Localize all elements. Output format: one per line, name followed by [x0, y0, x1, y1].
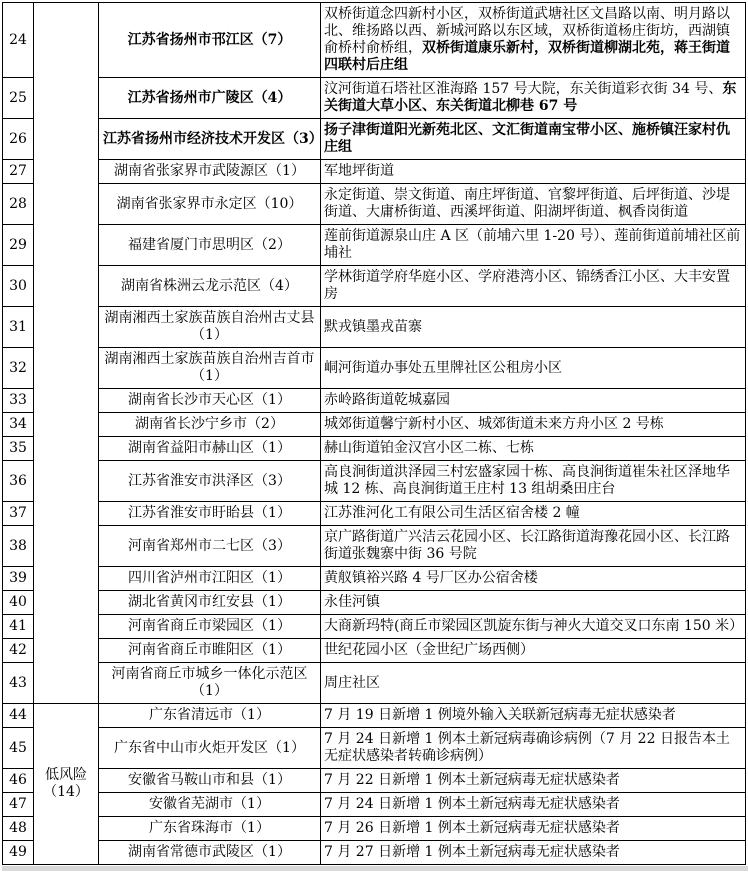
detail-text: 默戎镇墨戎苗寨	[324, 319, 422, 335]
detail-text: 7 月 24 日新增 1 例本土新冠病毒无症状感染者	[324, 796, 620, 812]
area-detail-cell: 7 月 27 日新增 1 例本土新冠病毒无症状感染者	[321, 841, 746, 865]
region-name-cell: 湖南湘西土家族苗族自治州吉首市（1）	[99, 348, 321, 389]
row-number-cell: 49	[3, 841, 34, 865]
row-number-cell: 33	[3, 389, 34, 413]
area-detail-cell: 黄舣镇裕兴路 4 号厂区办公宿舍楼	[321, 567, 746, 591]
region-name-cell: 湖南省长沙市天心区（1）	[99, 389, 321, 413]
area-detail-cell: 莲前街道源泉山庄 A 区（前埔六里 1-20 号）、莲前街道前埔社区前埔社	[321, 225, 746, 266]
row-number-cell: 31	[3, 307, 34, 348]
region-name-cell: 湖南省张家界市永定区（10）	[99, 184, 321, 225]
detail-text: 7 月 27 日新增 1 例本土新冠病毒无症状感染者	[324, 844, 620, 860]
region-name-cell: 福建省厦门市思明区（2）	[99, 225, 321, 266]
table-row: 33湖南省长沙市天心区（1）赤岭路街道乾城嘉园	[3, 389, 746, 413]
area-detail-cell: 城郊街道馨宁新村小区、城郊街道未来方舟小区 2 号栋	[321, 413, 746, 437]
detail-text: 世纪花园小区（金世纪广场西侧）	[324, 642, 534, 658]
detail-text: 高良涧街道洪泽园三村宏盛家园十栋、高良涧街道崔朱社区泽地华城 12 栋、高良涧街…	[324, 464, 730, 497]
row-number-cell: 24	[3, 3, 34, 78]
region-name-cell: 江苏省扬州市邗江区（7）	[99, 3, 321, 78]
table-row: 34湖南省长沙宁乡市（2）城郊街道馨宁新村小区、城郊街道未来方舟小区 2 号栋	[3, 413, 746, 437]
area-detail-cell: 赤岭路街道乾城嘉园	[321, 389, 746, 413]
area-detail-cell: 7 月 19 日新增 1 例境外输入关联新冠病毒无症状感染者	[321, 704, 746, 728]
detail-text: 永佳河镇	[324, 594, 380, 610]
table-row: 44低风险（14）广东省清远市（1）7 月 19 日新增 1 例境外输入关联新冠…	[3, 704, 746, 728]
row-number-cell: 44	[3, 704, 34, 728]
region-name-cell: 四川省泸州市江阳区（1）	[99, 567, 321, 591]
area-detail-cell: 7 月 24 日新增 1 例本土新冠病毒确诊病例（7 月 22 日报告本土无症状…	[321, 728, 746, 769]
row-number-cell: 40	[3, 591, 34, 615]
row-number-cell: 35	[3, 437, 34, 461]
table-row: 38河南省郑州市二七区（3）京广路街道广兴洁云花园小区、长江路街道海豫花园小区、…	[3, 526, 746, 567]
detail-text: 军地坪街道	[324, 163, 394, 179]
region-name-cell: 广东省中山市火炬开发区（1）	[99, 728, 321, 769]
row-number-cell: 36	[3, 461, 34, 502]
region-name-cell: 江苏省淮安市盱眙县（1）	[99, 502, 321, 526]
area-detail-cell: 永佳河镇	[321, 591, 746, 615]
risk-level-cell: 低风险（14）	[34, 704, 99, 865]
table-row: 45广东省中山市火炬开发区（1）7 月 24 日新增 1 例本土新冠病毒确诊病例…	[3, 728, 746, 769]
detail-text: 汶河街道石塔社区淮海路 157 号大院，东关街道彩衣街 34 号、	[324, 81, 722, 97]
table-row: 46安徽省马鞍山市和县（1）7 月 22 日新增 1 例本土新冠病毒无症状感染者	[3, 769, 746, 793]
table-row: 37江苏省淮安市盱眙县（1）江苏淮河化工有限公司生活区宿舍楼 2 幢	[3, 502, 746, 526]
area-detail-cell: 7 月 24 日新增 1 例本土新冠病毒无症状感染者	[321, 793, 746, 817]
document-page: 24江苏省扬州市邗江区（7）双桥街道念四新村小区，双桥街道武塘社区文昌路以南、明…	[0, 0, 748, 881]
region-name-cell: 江苏省淮安市洪泽区（3）	[99, 461, 321, 502]
region-name-cell: 湖北省黄冈市红安县（1）	[99, 591, 321, 615]
region-name-cell: 河南省商丘市梁园区（1）	[99, 615, 321, 639]
row-number-cell: 34	[3, 413, 34, 437]
row-number-cell: 26	[3, 119, 34, 160]
detail-text: 城郊街道馨宁新村小区、城郊街道未来方舟小区 2 号栋	[324, 416, 664, 432]
area-detail-cell: 周庄社区	[321, 663, 746, 704]
row-number-cell: 41	[3, 615, 34, 639]
row-number-cell: 45	[3, 728, 34, 769]
table-row: 29福建省厦门市思明区（2）莲前街道源泉山庄 A 区（前埔六里 1-20 号）、…	[3, 225, 746, 266]
region-name-cell: 湖南省张家界市武陵源区（1）	[99, 160, 321, 184]
table-row: 40湖北省黄冈市红安县（1）永佳河镇	[3, 591, 746, 615]
region-name-cell: 湖南湘西土家族苗族自治州古丈县（1）	[99, 307, 321, 348]
area-detail-cell: 江苏淮河化工有限公司生活区宿舍楼 2 幢	[321, 502, 746, 526]
risk-level-cell	[34, 3, 99, 704]
table-row: 47安徽省芜湖市（1）7 月 24 日新增 1 例本土新冠病毒无症状感染者	[3, 793, 746, 817]
region-name-cell: 广东省珠海市（1）	[99, 817, 321, 841]
detail-text: 赤岭路街道乾城嘉园	[324, 392, 450, 408]
region-name-cell: 湖南省常德市武陵区（1）	[99, 841, 321, 865]
detail-text: 永定街道、崇文街道、南庄坪街道、官黎坪街道、后坪街道、沙堤街道、大庸桥街道、西溪…	[324, 187, 730, 220]
detail-text: 学林街道学府华庭小区、学府港湾小区、锦绣香江小区、大丰安置房	[324, 269, 730, 302]
table-row: 28湖南省张家界市永定区（10）永定街道、崇文街道、南庄坪街道、官黎坪街道、后坪…	[3, 184, 746, 225]
row-number-cell: 43	[3, 663, 34, 704]
detail-text: 黄舣镇裕兴路 4 号厂区办公宿舍楼	[324, 570, 538, 586]
table-row: 36江苏省淮安市洪泽区（3）高良涧街道洪泽园三村宏盛家园十栋、高良涧街道崔朱社区…	[3, 461, 746, 502]
table-row: 25江苏省扬州市广陵区（4）汶河街道石塔社区淮海路 157 号大院，东关街道彩衣…	[3, 78, 746, 119]
risk-table-body: 24江苏省扬州市邗江区（7）双桥街道念四新村小区，双桥街道武塘社区文昌路以南、明…	[3, 3, 746, 865]
detail-text: 7 月 24 日新增 1 例本土新冠病毒确诊病例（7 月 22 日报告本土无症状…	[324, 731, 730, 764]
area-detail-cell: 默戎镇墨戎苗寨	[321, 307, 746, 348]
area-detail-cell: 扬子津街道阳光新苑北区、文汇街道南宝带小区、施桥镇汪家村仇庄组	[321, 119, 746, 160]
region-name-cell: 河南省商丘市城乡一体化示范区（1）	[99, 663, 321, 704]
table-row: 49湖南省常德市武陵区（1）7 月 27 日新增 1 例本土新冠病毒无症状感染者	[3, 841, 746, 865]
row-number-cell: 46	[3, 769, 34, 793]
row-number-cell: 47	[3, 793, 34, 817]
row-number-cell: 28	[3, 184, 34, 225]
table-row: 30湖南省株洲云龙示范区（4）学林街道学府华庭小区、学府港湾小区、锦绣香江小区、…	[3, 266, 746, 307]
area-detail-cell: 京广路街道广兴洁云花园小区、长江路街道海豫花园小区、长江路街道张魏寨中街 36 …	[321, 526, 746, 567]
row-number-cell: 27	[3, 160, 34, 184]
row-number-cell: 48	[3, 817, 34, 841]
detail-text: 大商新玛特(商丘市梁园区凯旋东街与神火大道交叉口东南 150 米）	[324, 618, 743, 634]
row-number-cell: 29	[3, 225, 34, 266]
area-detail-cell: 7 月 22 日新增 1 例本土新冠病毒无症状感染者	[321, 769, 746, 793]
row-number-cell: 39	[3, 567, 34, 591]
table-row: 39四川省泸州市江阳区（1）黄舣镇裕兴路 4 号厂区办公宿舍楼	[3, 567, 746, 591]
detail-text: 莲前街道源泉山庄 A 区（前埔六里 1-20 号）、莲前街道前埔社区前埔社	[324, 228, 740, 261]
row-number-cell: 25	[3, 78, 34, 119]
detail-text: 7 月 22 日新增 1 例本土新冠病毒无症状感染者	[324, 772, 620, 788]
area-detail-cell: 高良涧街道洪泽园三村宏盛家园十栋、高良涧街道崔朱社区泽地华城 12 栋、高良涧街…	[321, 461, 746, 502]
detail-text: 赫山街道铂金汉宫小区二栋、七栋	[324, 440, 534, 456]
detail-text: 峒河街道办事处五里牌社区公租房小区	[324, 360, 562, 376]
row-number-cell: 37	[3, 502, 34, 526]
region-name-cell: 安徽省芜湖市（1）	[99, 793, 321, 817]
area-detail-cell: 双桥街道念四新村小区，双桥街道武塘社区文昌路以南、明月路以北、维扬路以西、新城河…	[321, 3, 746, 78]
table-row: 24江苏省扬州市邗江区（7）双桥街道念四新村小区，双桥街道武塘社区文昌路以南、明…	[3, 3, 746, 78]
region-name-cell: 河南省商丘市睢阳区（1）	[99, 639, 321, 663]
table-row: 41河南省商丘市梁园区（1）大商新玛特(商丘市梁园区凯旋东街与神火大道交叉口东南…	[3, 615, 746, 639]
area-detail-cell: 永定街道、崇文街道、南庄坪街道、官黎坪街道、后坪街道、沙堤街道、大庸桥街道、西溪…	[321, 184, 746, 225]
detail-text: 7 月 19 日新增 1 例境外输入关联新冠病毒无症状感染者	[324, 707, 676, 723]
row-number-cell: 30	[3, 266, 34, 307]
region-name-cell: 安徽省马鞍山市和县（1）	[99, 769, 321, 793]
region-name-cell: 湖南省株洲云龙示范区（4）	[99, 266, 321, 307]
area-detail-cell: 军地坪街道	[321, 160, 746, 184]
detail-text: 京广路街道广兴洁云花园小区、长江路街道海豫花园小区、长江路街道张魏寨中街 36 …	[324, 529, 730, 562]
page-bottom-edge	[2, 866, 748, 871]
table-row: 35湖南省益阳市赫山区（1）赫山街道铂金汉宫小区二栋、七栋	[3, 437, 746, 461]
area-detail-cell: 赫山街道铂金汉宫小区二栋、七栋	[321, 437, 746, 461]
table-row: 42河南省商丘市睢阳区（1）世纪花园小区（金世纪广场西侧）	[3, 639, 746, 663]
row-number-cell: 32	[3, 348, 34, 389]
region-name-cell: 河南省郑州市二七区（3）	[99, 526, 321, 567]
area-detail-cell: 7 月 26 日新增 1 例本土新冠病毒无症状感染者	[321, 817, 746, 841]
row-number-cell: 38	[3, 526, 34, 567]
region-name-cell: 江苏省扬州市广陵区（4）	[99, 78, 321, 119]
table-row: 32湖南湘西土家族苗族自治州吉首市（1）峒河街道办事处五里牌社区公租房小区	[3, 348, 746, 389]
detail-text-bold: 扬子津街道阳光新苑北区、文汇街道南宝带小区、施桥镇汪家村仇庄组	[324, 122, 730, 155]
detail-text: 7 月 26 日新增 1 例本土新冠病毒无症状感染者	[324, 820, 620, 836]
area-detail-cell: 学林街道学府华庭小区、学府港湾小区、锦绣香江小区、大丰安置房	[321, 266, 746, 307]
region-name-cell: 江苏省扬州市经济技术开发区（3）	[99, 119, 321, 160]
area-detail-cell: 大商新玛特(商丘市梁园区凯旋东街与神火大道交叉口东南 150 米）	[321, 615, 746, 639]
area-detail-cell: 峒河街道办事处五里牌社区公租房小区	[321, 348, 746, 389]
detail-text: 江苏淮河化工有限公司生活区宿舍楼 2 幢	[324, 505, 580, 521]
table-row: 26江苏省扬州市经济技术开发区（3）扬子津街道阳光新苑北区、文汇街道南宝带小区、…	[3, 119, 746, 160]
table-row: 31湖南湘西土家族苗族自治州古丈县（1）默戎镇墨戎苗寨	[3, 307, 746, 348]
detail-text: 周庄社区	[324, 675, 380, 691]
region-name-cell: 广东省清远市（1）	[99, 704, 321, 728]
region-name-cell: 湖南省长沙宁乡市（2）	[99, 413, 321, 437]
risk-area-table: 24江苏省扬州市邗江区（7）双桥街道念四新村小区，双桥街道武塘社区文昌路以南、明…	[2, 2, 746, 865]
region-name-cell: 湖南省益阳市赫山区（1）	[99, 437, 321, 461]
area-detail-cell: 汶河街道石塔社区淮海路 157 号大院，东关街道彩衣街 34 号、东关街道大草小…	[321, 78, 746, 119]
table-row: 43河南省商丘市城乡一体化示范区（1）周庄社区	[3, 663, 746, 704]
row-number-cell: 42	[3, 639, 34, 663]
table-row: 48广东省珠海市（1）7 月 26 日新增 1 例本土新冠病毒无症状感染者	[3, 817, 746, 841]
table-row: 27湖南省张家界市武陵源区（1）军地坪街道	[3, 160, 746, 184]
area-detail-cell: 世纪花园小区（金世纪广场西侧）	[321, 639, 746, 663]
